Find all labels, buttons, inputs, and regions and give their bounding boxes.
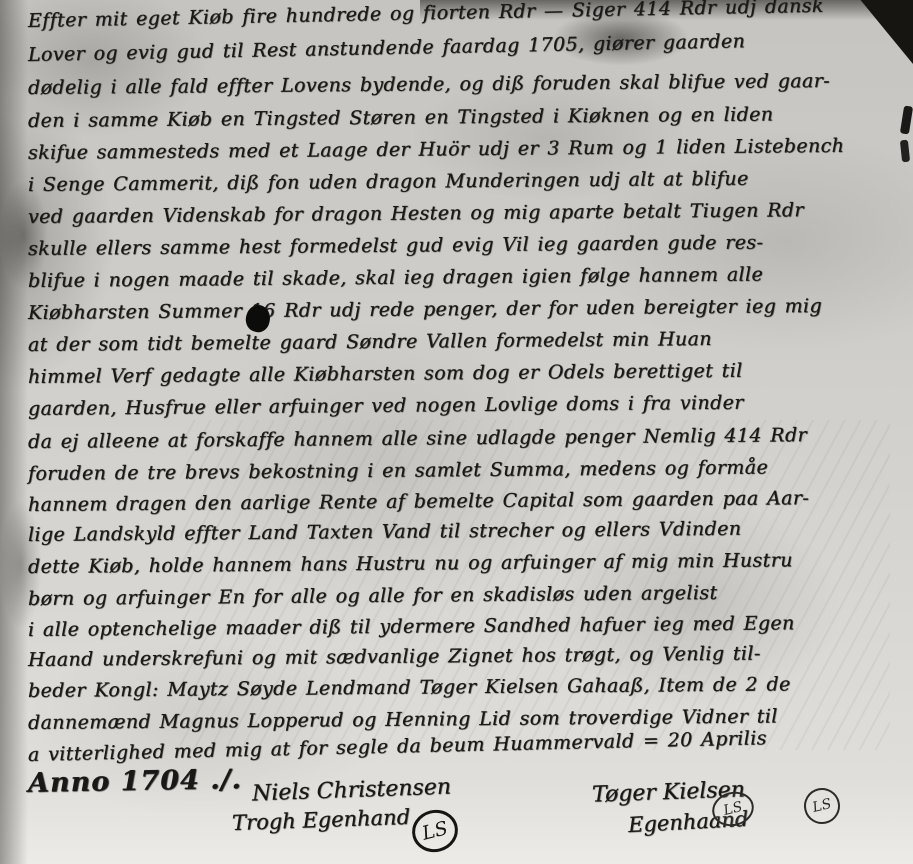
seal-ls-label: LS — [722, 799, 744, 819]
manuscript-line: blifue i nogen maade til skade, skal ieg… — [28, 262, 908, 300]
wax-seal-ls-icon: LS — [408, 805, 463, 857]
manuscript-line: dødelig i alle fald effter Lovens bydend… — [28, 69, 908, 107]
manuscript-line: lige Landskyld effter Land Taxten Vand t… — [28, 516, 908, 554]
manuscript-line: himmel Verf gedagte alle Kiøbharsten som… — [28, 358, 908, 396]
manuscript-line: at der som tidt bemelte gaard Søndre Val… — [28, 326, 908, 364]
manuscript-page: Effter mit eget Kiøb fire hundrede og fi… — [0, 0, 913, 864]
seal-ls-label: LS — [420, 817, 450, 845]
manuscript-line: beder Kongl: Maytz Søyde Lendmand Tøger … — [28, 672, 908, 710]
manuscript-line: gaarden, Husfrue eller arfuinger ved nog… — [28, 390, 908, 428]
signature-left-hand: Trogh Egenhand — [232, 805, 411, 835]
manuscript-line: da ej alleene at forskaffe hannem alle s… — [28, 423, 908, 461]
manuscript-line: skifue sammesteds med et Laage der Huör … — [28, 134, 908, 172]
manuscript-line: den i samme Kiøb en Tingsted Støren en T… — [28, 102, 908, 140]
manuscript-line: dette Kiøb, holde hannem hans Hustru nu … — [28, 548, 908, 586]
seal-ls-label: LS — [811, 796, 833, 816]
manuscript-line: ved gaarden Videnskab for dragon Hesten … — [28, 198, 908, 236]
manuscript-line: skulle ellers samme hest formedelst gud … — [28, 230, 908, 268]
manuscript-line: i Senge Cammerit, diß fon uden dragon Mu… — [28, 166, 908, 204]
wax-seal-ls-icon: LS — [800, 784, 844, 828]
signature-left-name: Niels Christensen — [252, 775, 452, 807]
manuscript-line: Kiøbharsten Summer 16 Rdr udj rede penge… — [28, 294, 908, 332]
anno-date: Anno 1704 ./. — [28, 764, 242, 799]
